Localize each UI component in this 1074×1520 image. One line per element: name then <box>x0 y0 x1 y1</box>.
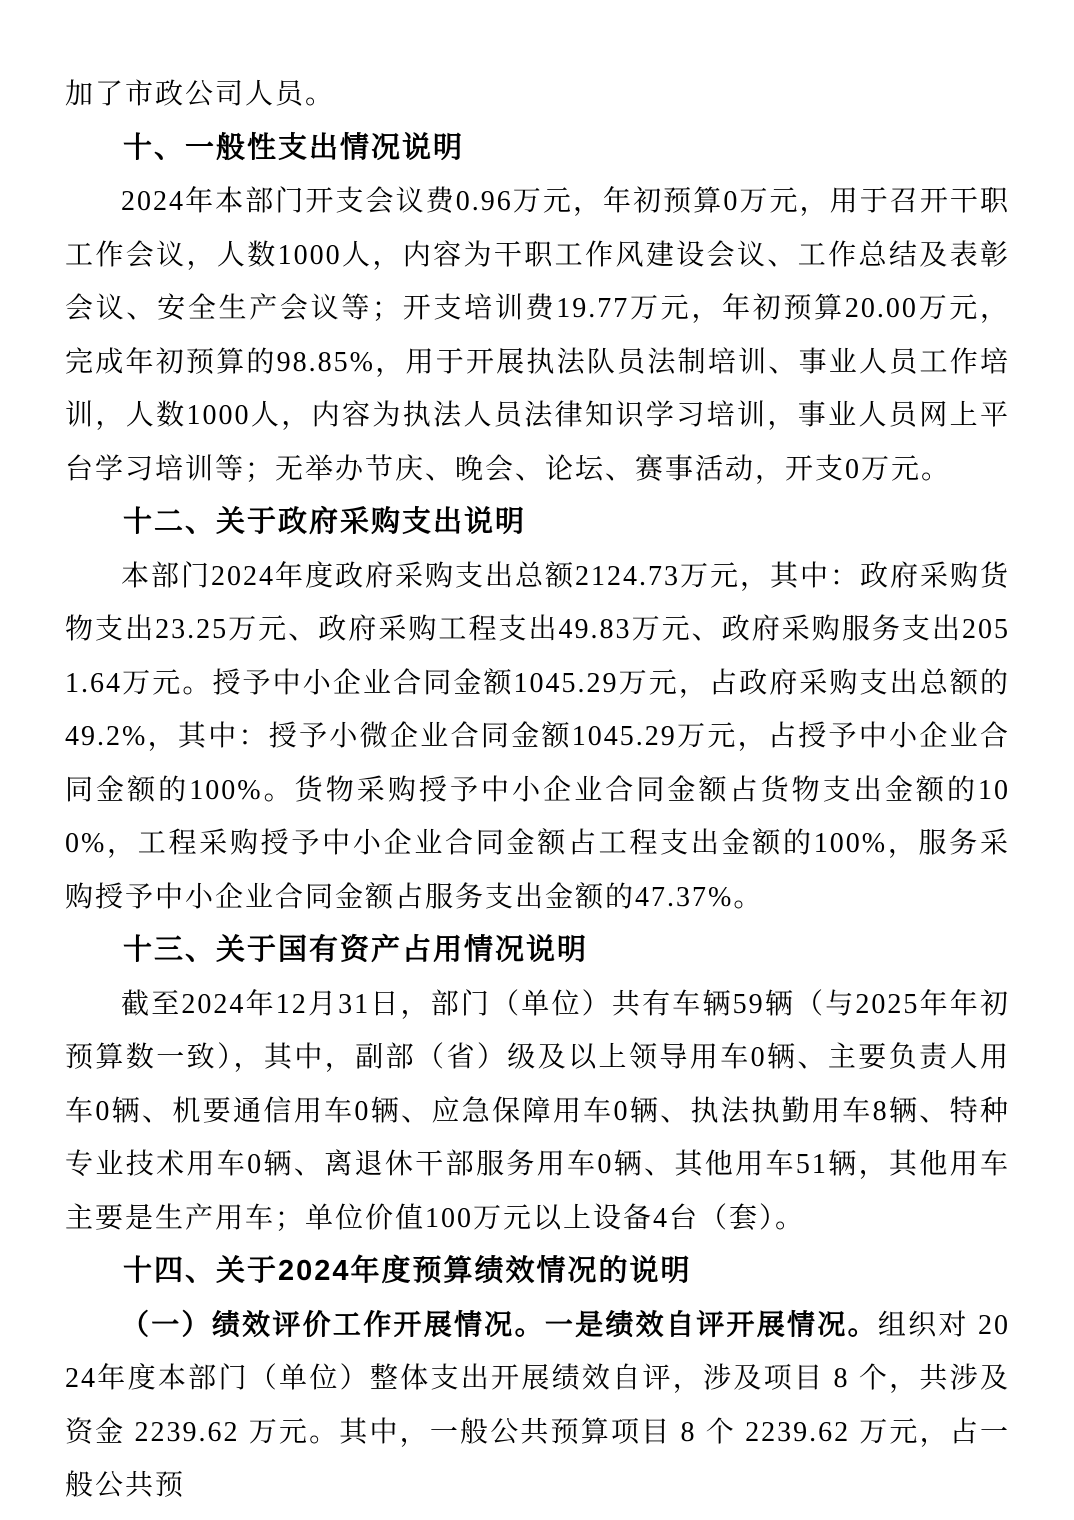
section-heading-budget-performance: 十四、关于2024年度预算绩效情况的说明 <box>65 1245 1010 1299</box>
paragraph-budget-performance: （一）绩效评价工作开展情况。一是绩效自评开展情况。组织对 2024年度本部门（单… <box>65 1299 1010 1513</box>
paragraph-general-expenses: 2024年本部门开支会议费0.96万元，年初预算0万元，用于召开干职工作会议，人… <box>65 175 1010 496</box>
paragraph-gov-procurement: 本部门2024年度政府采购支出总额2124.73万元，其中：政府采购货物支出23… <box>65 550 1010 925</box>
paragraph-state-assets: 截至2024年12月31日，部门（单位）共有车辆59辆（与2025年年初预算数一… <box>65 978 1010 1246</box>
section-heading-general-expenses: 十、一般性支出情况说明 <box>65 122 1010 176</box>
section-heading-gov-procurement: 十二、关于政府采购支出说明 <box>65 496 1010 550</box>
section-heading-state-assets: 十三、关于国有资产占用情况说明 <box>65 924 1010 978</box>
paragraph-budget-performance-lead: （一）绩效评价工作开展情况。一是绩效自评开展情况。 <box>121 1310 878 1341</box>
document-page: 加了市政公司人员。 十、一般性支出情况说明 2024年本部门开支会议费0.96万… <box>0 0 1074 1520</box>
paragraph-continuation: 加了市政公司人员。 <box>65 68 1010 122</box>
